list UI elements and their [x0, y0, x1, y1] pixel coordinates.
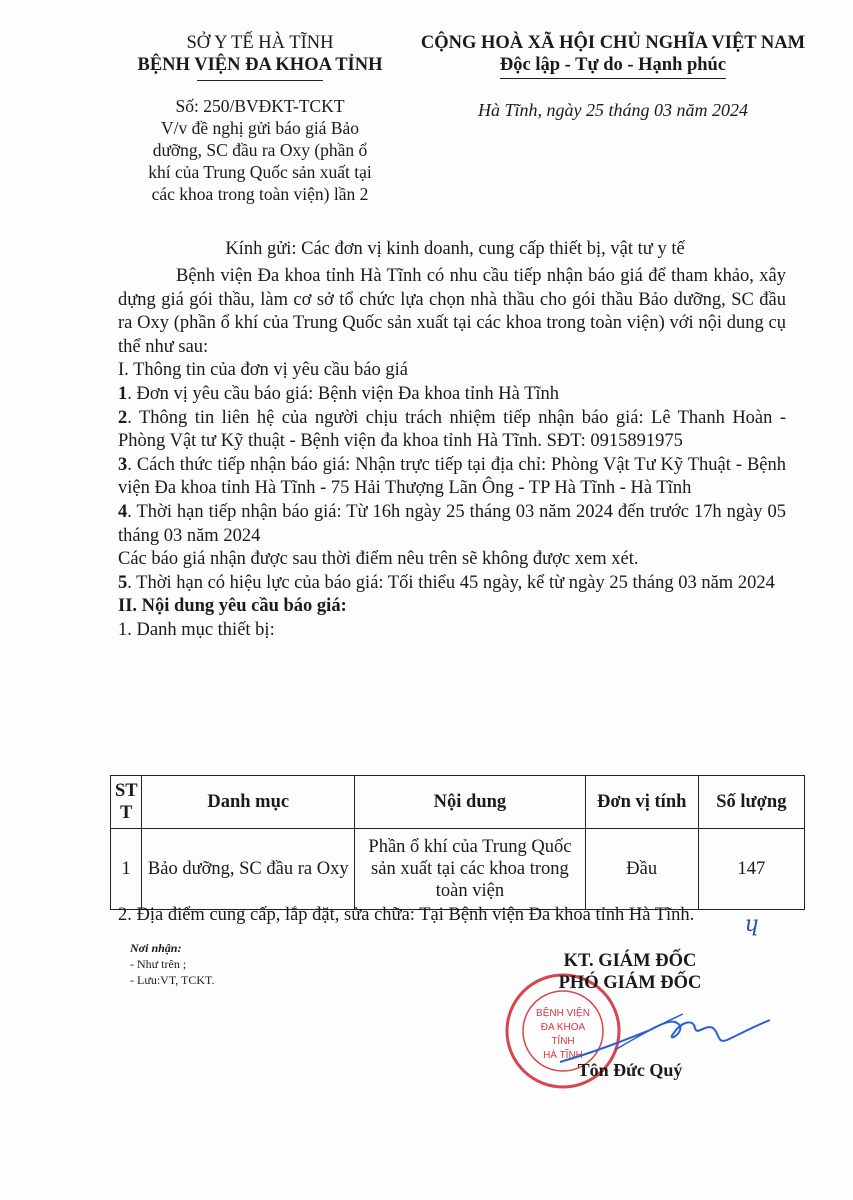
col-header: Số lượng [698, 776, 804, 829]
recipient-item: - Lưu:VT, TCKT. [130, 972, 215, 988]
hospital-name: BỆNH VIỆN ĐA KHOA TỈNH [110, 54, 410, 76]
deadline-note: Các báo giá nhận được sau thời điểm nêu … [118, 548, 786, 572]
info-item: 4. Thời hạn tiếp nhận báo giá: Từ 16h ng… [118, 501, 786, 548]
subject-line: V/v đề nghị gửi báo giá Bảo [110, 117, 410, 139]
document-body: Bệnh viện Đa khoa tỉnh Hà Tĩnh có nhu cầ… [118, 265, 786, 643]
place-date: Hà Tĩnh, ngày 25 tháng 03 năm 2024 [418, 99, 808, 121]
col-header: Đơn vị tính [585, 776, 698, 829]
delivery-location: 2. Địa điểm cung cấp, lắp đặt, sửa chữa:… [118, 905, 694, 926]
subject-line: các khoa trong toàn viện) lần 2 [110, 183, 410, 205]
equipment-table: ST T Danh mục Nội dung Đơn vị tính Số lư… [110, 775, 805, 910]
national-header: CỘNG HOÀ XÃ HỘI CHỦ NGHĨA VIỆT NAM Độc l… [418, 32, 808, 121]
table-row: 1 Bảo dưỡng, SC đầu ra Oxy Phần ổ khí củ… [111, 829, 805, 910]
cell-quantity: 147 [698, 829, 804, 910]
cell-content: Phần ổ khí của Trung Quốc sản xuất tại c… [355, 829, 586, 910]
sign-title-1: KT. GIÁM ĐỐC [500, 950, 760, 972]
recipients-title: Nơi nhận: [130, 940, 215, 956]
section-1-title: I. Thông tin của đơn vị yêu cầu báo giá [118, 359, 786, 383]
col-header: ST T [111, 776, 142, 829]
cell-stt: 1 [111, 829, 142, 910]
issuer-header: SỞ Y TẾ HÀ TĨNH BỆNH VIỆN ĐA KHOA TỈNH S… [110, 32, 410, 205]
col-header: Danh mục [142, 776, 355, 829]
equipment-list-label: 1. Danh mục thiết bị: [118, 619, 786, 643]
info-item: 1. Đơn vị yêu cầu báo giá: Bệnh viện Đa … [118, 383, 786, 407]
greeting: Kính gửi: Các đơn vị kinh doanh, cung cấ… [110, 239, 800, 260]
motto: Độc lập - Tự do - Hạnh phúc [500, 54, 726, 79]
doc-number: Số: 250/BVĐKT-TCKT [110, 95, 410, 117]
sign-title-2: PHÓ GIÁM ĐỐC [500, 972, 760, 994]
col-header: Nội dung [355, 776, 586, 829]
cell-unit: Đầu [585, 829, 698, 910]
intro-paragraph: Bệnh viện Đa khoa tỉnh Hà Tĩnh có nhu cầ… [118, 265, 786, 359]
signature-scribble-icon [555, 1000, 775, 1070]
cell-category: Bảo dưỡng, SC đầu ra Oxy [142, 829, 355, 910]
subject-line: dưỡng, SC đầu ra Oxy (phần ổ [110, 139, 410, 161]
info-item: 2. Thông tin liên hệ của người chịu trác… [118, 407, 786, 454]
nation-title: CỘNG HOÀ XÃ HỘI CHỦ NGHĨA VIỆT NAM [418, 32, 808, 54]
table-header-row: ST T Danh mục Nội dung Đơn vị tính Số lư… [111, 776, 805, 829]
recipient-item: - Như trên ; [130, 956, 215, 972]
subject-line: khí của Trung Quốc sản xuất tại [110, 161, 410, 183]
agency-name: SỞ Y TẾ HÀ TĨNH [110, 32, 410, 54]
info-item: 3. Cách thức tiếp nhận báo giá: Nhận trự… [118, 454, 786, 501]
header-divider [197, 80, 323, 81]
info-item: 5. Thời hạn có hiệu lực của báo giá: Tối… [118, 572, 786, 596]
section-2-title: II. Nội dung yêu cầu báo giá: [118, 595, 786, 619]
recipients-block: Nơi nhận: - Như trên ; - Lưu:VT, TCKT. [130, 940, 215, 988]
handwritten-initial: ɥ [745, 912, 759, 937]
